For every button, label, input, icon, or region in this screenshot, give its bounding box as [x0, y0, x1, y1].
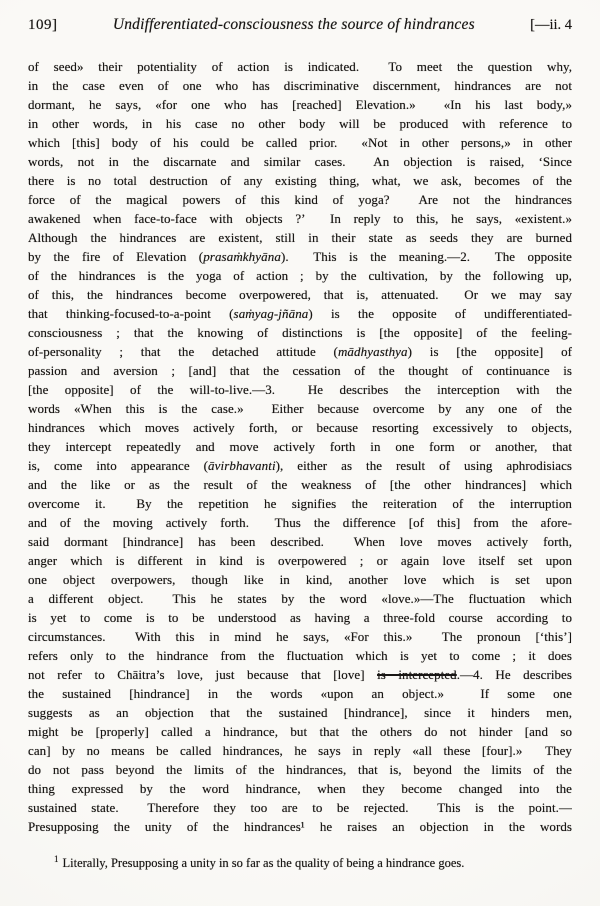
text-line: which [this] body of his could be called…: [28, 133, 572, 152]
text-line: in other words, in his case no other bod…: [28, 114, 572, 133]
text-line: consciousness ; that the knowing of dist…: [28, 323, 572, 342]
text-line: is, come into appearance (āvirbhavanti),…: [28, 456, 572, 475]
text-line: do not pass beyond the limits of the hin…: [28, 760, 572, 779]
text-line: words «When this is the case.» Either be…: [28, 399, 572, 418]
text-line: anger which is different in kind is over…: [28, 551, 572, 570]
footnote-text: Literally, Presupposing a unity in so fa…: [63, 856, 465, 870]
text-line: by the fire of Elevation (prasaṁkhyāna).…: [28, 247, 572, 266]
book-page: 109] Undifferentiated-consciousness the …: [0, 0, 600, 906]
text-line: dormant, he says, «for one who has [reac…: [28, 95, 572, 114]
text-line: passion and aversion ; [and] that the ce…: [28, 361, 572, 380]
footnote-marker: 1: [54, 854, 59, 864]
text-line: overcome it. By the repetition he signif…: [28, 494, 572, 513]
text-line: awakened when face-to-face with objects …: [28, 209, 572, 228]
text-line: circumstances. With this in mind he says…: [28, 627, 572, 646]
text-line: they intercept repeatedly and move activ…: [28, 437, 572, 456]
text-line: might be [properly] called a hindrance, …: [28, 722, 572, 741]
running-title: Undifferentiated-consciousness the sourc…: [58, 16, 531, 34]
text-line: sustained state. Therefore they too are …: [28, 798, 572, 817]
text-line: Although the hindrances are existent, st…: [28, 228, 572, 247]
text-line: hindrances which moves actively forth, o…: [28, 418, 572, 437]
text-line: Presupposing the unity of the hindrances…: [28, 817, 572, 836]
text-line: and the like or as the result of the wea…: [28, 475, 572, 494]
text-line: that thinking-focused-to-a-point (saṁyag…: [28, 304, 572, 323]
text-line: of the hindrances is the yoga of action …: [28, 266, 572, 285]
text-line: a different object. This he states by th…: [28, 589, 572, 608]
text-line: suggests as an objection that the sustai…: [28, 703, 572, 722]
text-line: one object overpowers, though like in ki…: [28, 570, 572, 589]
text-line: thing expressed by the word hindrance, w…: [28, 779, 572, 798]
text-line: can] by no means be called hindrances, h…: [28, 741, 572, 760]
text-line: force of the magical powers of this kind…: [28, 190, 572, 209]
page-number: 109]: [28, 17, 58, 34]
running-header: 109] Undifferentiated-consciousness the …: [28, 16, 572, 40]
text-line: of this, the hindrances become overpower…: [28, 285, 572, 304]
text-line: of seed» their potentiality of action is…: [28, 57, 572, 76]
text-line: is yet to come is to be understood as ha…: [28, 608, 572, 627]
text-line: [the opposite] of the will-to-live.—3. H…: [28, 380, 572, 399]
text-line: of-personality ; that the detached attit…: [28, 342, 572, 361]
text-line: refers only to the hindrance from the fl…: [28, 646, 572, 665]
text-line: said dormant [hindrance] has been descri…: [28, 532, 572, 551]
text-line: there is no total destruction of any exi…: [28, 171, 572, 190]
text-line: the sustained [hindrance] in the words «…: [28, 684, 572, 703]
section-reference: [—ii. 4: [530, 17, 572, 34]
text-line: in the case even of one who has discrimi…: [28, 76, 572, 95]
text-line: words, not in the discarnate and similar…: [28, 152, 572, 171]
footnote: 1Literally, Presupposing a unity in so f…: [28, 851, 572, 871]
text-line: and of the moving actively forth. Thus t…: [28, 513, 572, 532]
body-text: of seed» their potentiality of action is…: [28, 57, 572, 836]
text-line: not refer to Chāitra’s love, just becaus…: [28, 665, 572, 684]
